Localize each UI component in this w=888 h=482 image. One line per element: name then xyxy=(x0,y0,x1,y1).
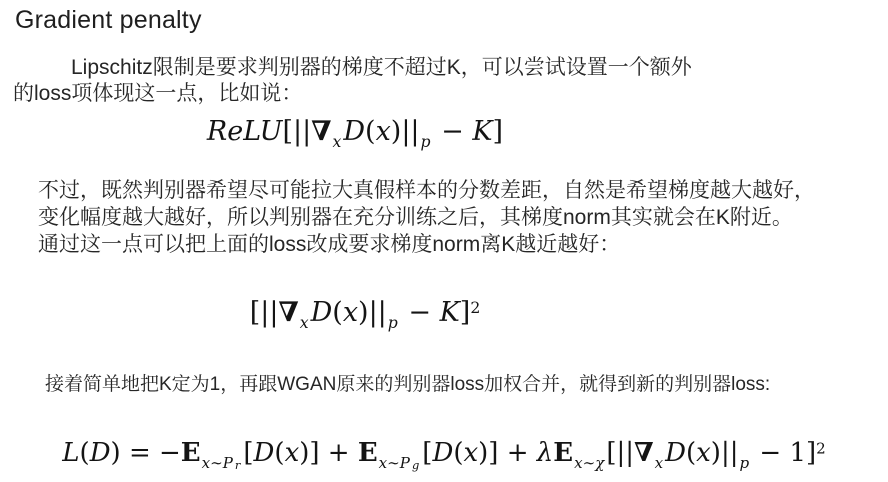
formula-segment: x xyxy=(285,438,300,468)
formula-segment: [ xyxy=(422,438,432,468)
formula-segment: D xyxy=(343,116,365,147)
formula-segment: ( xyxy=(453,438,463,468)
slide-title: Gradient penalty xyxy=(15,6,202,35)
formula-segment: ( xyxy=(686,438,696,468)
formula-segment: E xyxy=(181,438,201,468)
formula-segment: ∇ xyxy=(311,116,331,147)
formula-segment: ] xyxy=(493,116,504,147)
paragraph-gradient-norm-explanation: 不过，既然判别器希望尽可能拉大真假样本的分数差距，自然是希望梯度越大越好， 变化… xyxy=(38,177,883,258)
formula-relu-penalty: ReLU[||∇xD(x)||p − K] xyxy=(0,116,710,151)
formula-segment: )|| xyxy=(358,297,387,328)
formula-segment: E xyxy=(358,438,378,468)
paragraph-line: 的loss项体现这一点，比如说： xyxy=(13,81,873,107)
paragraph-lipschitz-intro: Lipschitz限制是要求判别器的梯度不超过K，可以尝试设置一个额外 的los… xyxy=(13,55,873,107)
formula-segment: x xyxy=(376,116,391,147)
formula-segment: p xyxy=(739,454,749,472)
formula-segment: D xyxy=(665,438,686,468)
formula-segment: λ xyxy=(537,438,553,468)
formula-segment: x xyxy=(333,132,342,151)
formula-segment: − xyxy=(433,116,473,147)
formula-segment: D xyxy=(311,297,333,328)
formula-segment: ( xyxy=(332,297,343,328)
formula-segment: ( xyxy=(274,438,284,468)
formula-segment: )|| xyxy=(711,438,739,468)
formula-segment: [ xyxy=(243,438,253,468)
paragraph-line: 不过，既然判别器希望尽可能拉大真假样本的分数差距，自然是希望梯度越大越好， xyxy=(38,177,883,204)
formula-discriminator-loss: L(D) = −Ex∼Pr[D(x)] + Ex∼Pg[D(x)] + λEx∼… xyxy=(0,438,888,472)
formula-segment: x xyxy=(300,313,309,332)
formula-segment: K xyxy=(472,116,492,147)
formula-segment: ( xyxy=(365,116,376,147)
formula-segment: ∇ xyxy=(634,438,654,468)
formula-segment: [|| xyxy=(282,116,311,147)
formula-segment: p xyxy=(388,313,398,332)
paragraph-line: 接着简单地把K定为1，再跟WGAN原来的判别器loss加权合并，就得到新的判别器… xyxy=(45,372,875,397)
formula-segment: E xyxy=(553,438,573,468)
formula-segment: − 1] xyxy=(751,438,816,468)
formula-segment: D xyxy=(432,438,453,468)
formula-segment: x xyxy=(343,297,358,328)
formula-squared-penalty: [||∇xD(x)||p − K]2 xyxy=(0,297,730,332)
formula-segment: x∼P xyxy=(202,454,233,472)
formula-segment: x xyxy=(463,438,478,468)
formula-segment: ) = − xyxy=(111,438,181,468)
formula-segment: 2 xyxy=(470,298,480,317)
formula-segment: [|| xyxy=(606,438,634,468)
paragraph-line: 变化幅度越大越好，所以判别器在充分训练之后，其梯度norm其实就会在K附近。 xyxy=(38,204,883,231)
formula-segment: x xyxy=(696,438,711,468)
formula-segment: r xyxy=(235,458,240,472)
formula-segment: L xyxy=(62,438,79,468)
formula-segment: 2 xyxy=(816,439,826,457)
formula-segment: ] xyxy=(460,297,471,328)
paragraph-line: 通过这一点可以把上面的loss改成要求梯度norm离K越近越好： xyxy=(38,231,883,258)
formula-segment: x xyxy=(655,454,664,472)
formula-segment: )] + xyxy=(478,438,537,468)
formula-segment: ∇ xyxy=(278,297,298,328)
formula-segment: ( xyxy=(80,438,90,468)
formula-segment: − xyxy=(400,297,440,328)
formula-segment: K xyxy=(440,297,460,328)
formula-segment: p xyxy=(421,132,431,151)
formula-segment: )|| xyxy=(391,116,420,147)
formula-segment: x∼P xyxy=(379,454,410,472)
formula-segment: ReLU xyxy=(207,116,283,147)
formula-segment: )] + xyxy=(299,438,358,468)
formula-segment: [|| xyxy=(250,297,279,328)
formula-segment: D xyxy=(254,438,275,468)
slide-canvas: Gradient penalty Lipschitz限制是要求判别器的梯度不超过… xyxy=(0,0,888,482)
paragraph-combine-loss: 接着简单地把K定为1，再跟WGAN原来的判别器loss加权合并，就得到新的判别器… xyxy=(45,372,875,397)
paragraph-line: Lipschitz限制是要求判别器的梯度不超过K，可以尝试设置一个额外 xyxy=(13,55,873,81)
formula-segment: D xyxy=(90,438,111,468)
formula-segment: g xyxy=(412,458,419,472)
formula-segment: x∼χ xyxy=(574,454,604,472)
